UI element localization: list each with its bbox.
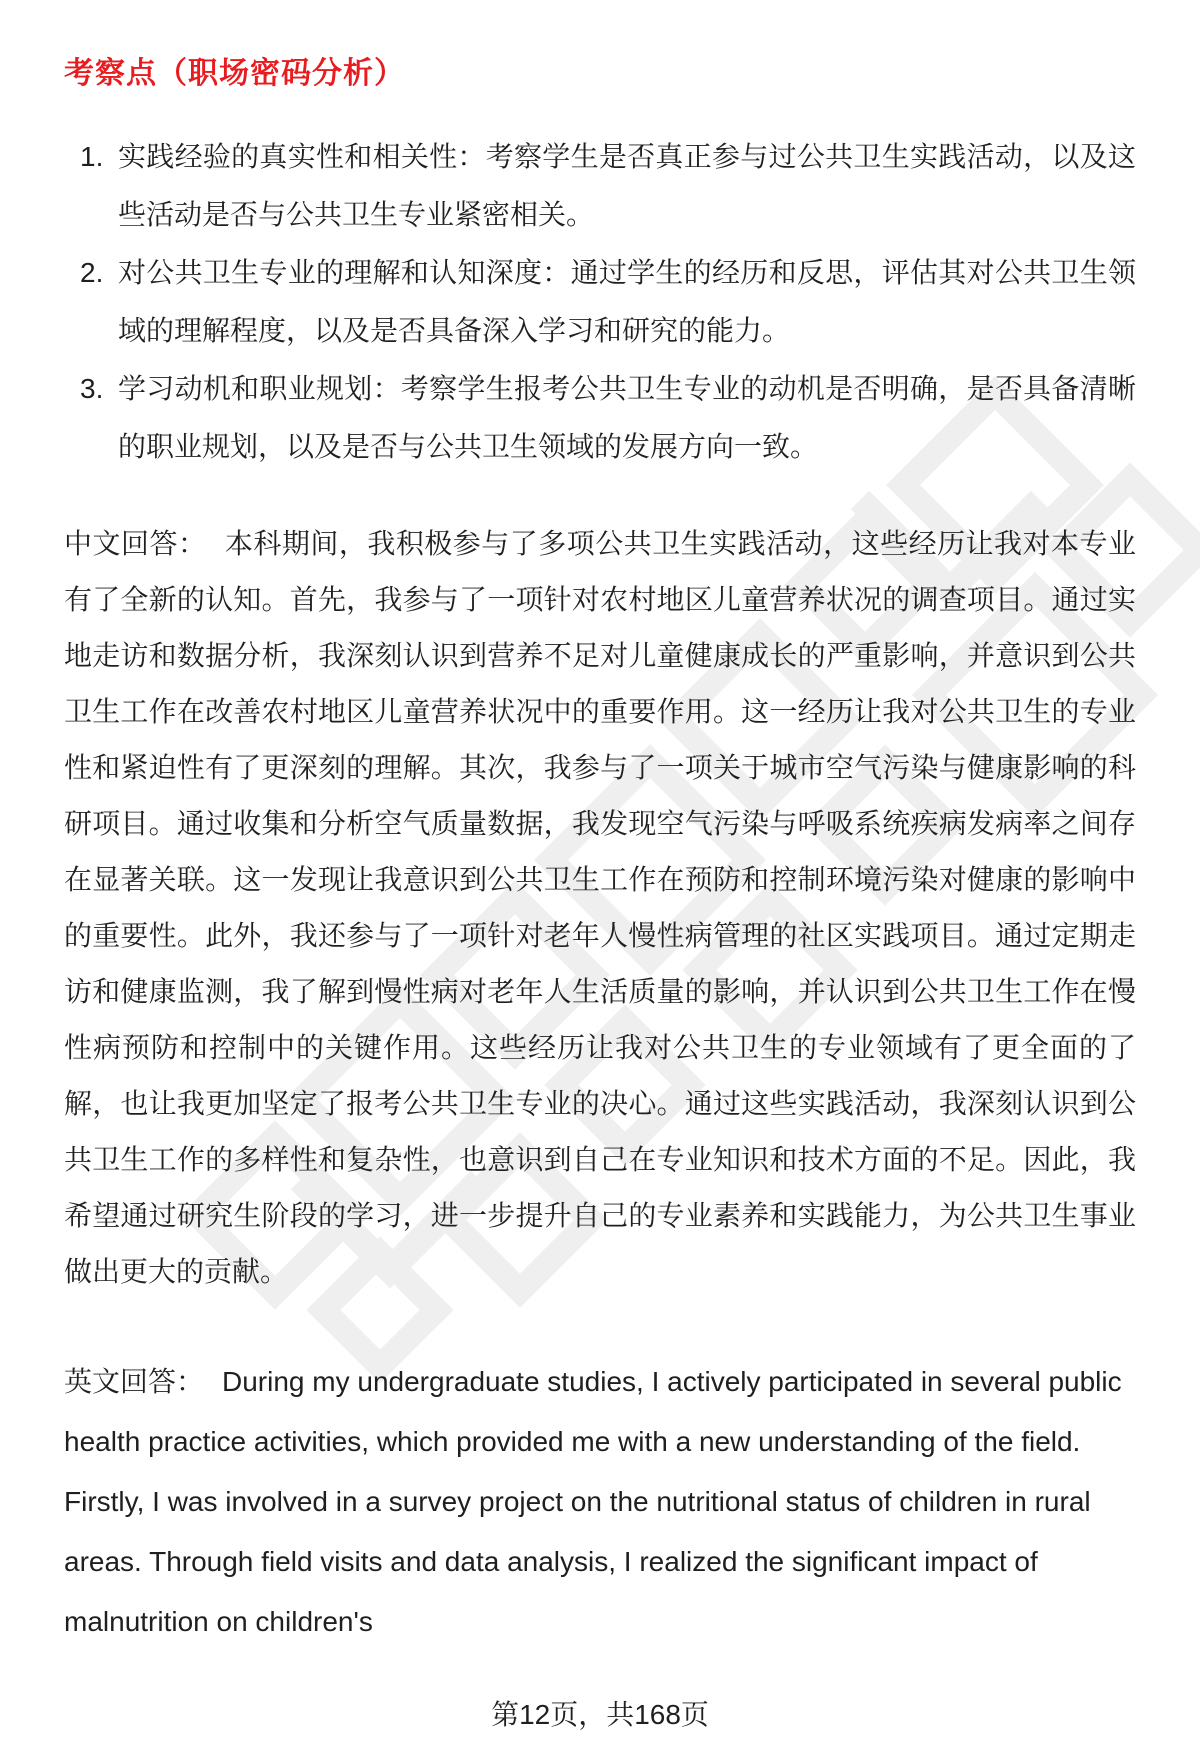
list-item-number: 2. — [78, 244, 118, 302]
chinese-answer-paragraph: 中文回答：本科期间，我积极参与了多项公共卫生实践活动，这些经历让我对本专业有了全… — [64, 516, 1136, 1300]
page-title: 考察点（职场密码分析） — [64, 54, 1136, 94]
list-item-text: 学习动机和职业规划：考察学生报考公共卫生专业的动机是否明确，是否具备清晰的职业规… — [118, 360, 1136, 476]
chinese-answer-text: 本科期间，我积极参与了多项公共卫生实践活动，这些经历让我对本专业有了全新的认知。… — [64, 528, 1136, 1287]
list-item: 3. 学习动机和职业规划：考察学生报考公共卫生专业的动机是否明确，是否具备清晰的… — [78, 360, 1136, 476]
list-item-number: 1. — [78, 128, 118, 186]
document-page: 考察点（职场密码分析） 1. 实践经验的真实性和相关性：考察学生是否真正参与过公… — [0, 0, 1200, 1755]
list-item-text: 实践经验的真实性和相关性：考察学生是否真正参与过公共卫生实践活动，以及这些活动是… — [118, 128, 1136, 244]
list-item: 1. 实践经验的真实性和相关性：考察学生是否真正参与过公共卫生实践活动，以及这些… — [78, 128, 1136, 244]
document-content: 考察点（职场密码分析） 1. 实践经验的真实性和相关性：考察学生是否真正参与过公… — [0, 54, 1200, 1652]
page-footer: 第12页，共168页 — [0, 1693, 1200, 1733]
english-answer-text: During my undergraduate studies, I activ… — [64, 1366, 1122, 1637]
analysis-points-list: 1. 实践经验的真实性和相关性：考察学生是否真正参与过公共卫生实践活动，以及这些… — [64, 128, 1136, 476]
chinese-answer-label: 中文回答： — [64, 528, 206, 559]
english-answer-paragraph: 英文回答：During my undergraduate studies, I … — [64, 1352, 1136, 1652]
english-answer-label: 英文回答： — [64, 1366, 204, 1397]
list-item-number: 3. — [78, 360, 118, 418]
list-item: 2. 对公共卫生专业的理解和认知深度：通过学生的经历和反思，评估其对公共卫生领域… — [78, 244, 1136, 360]
list-item-text: 对公共卫生专业的理解和认知深度：通过学生的经历和反思，评估其对公共卫生领域的理解… — [118, 244, 1136, 360]
